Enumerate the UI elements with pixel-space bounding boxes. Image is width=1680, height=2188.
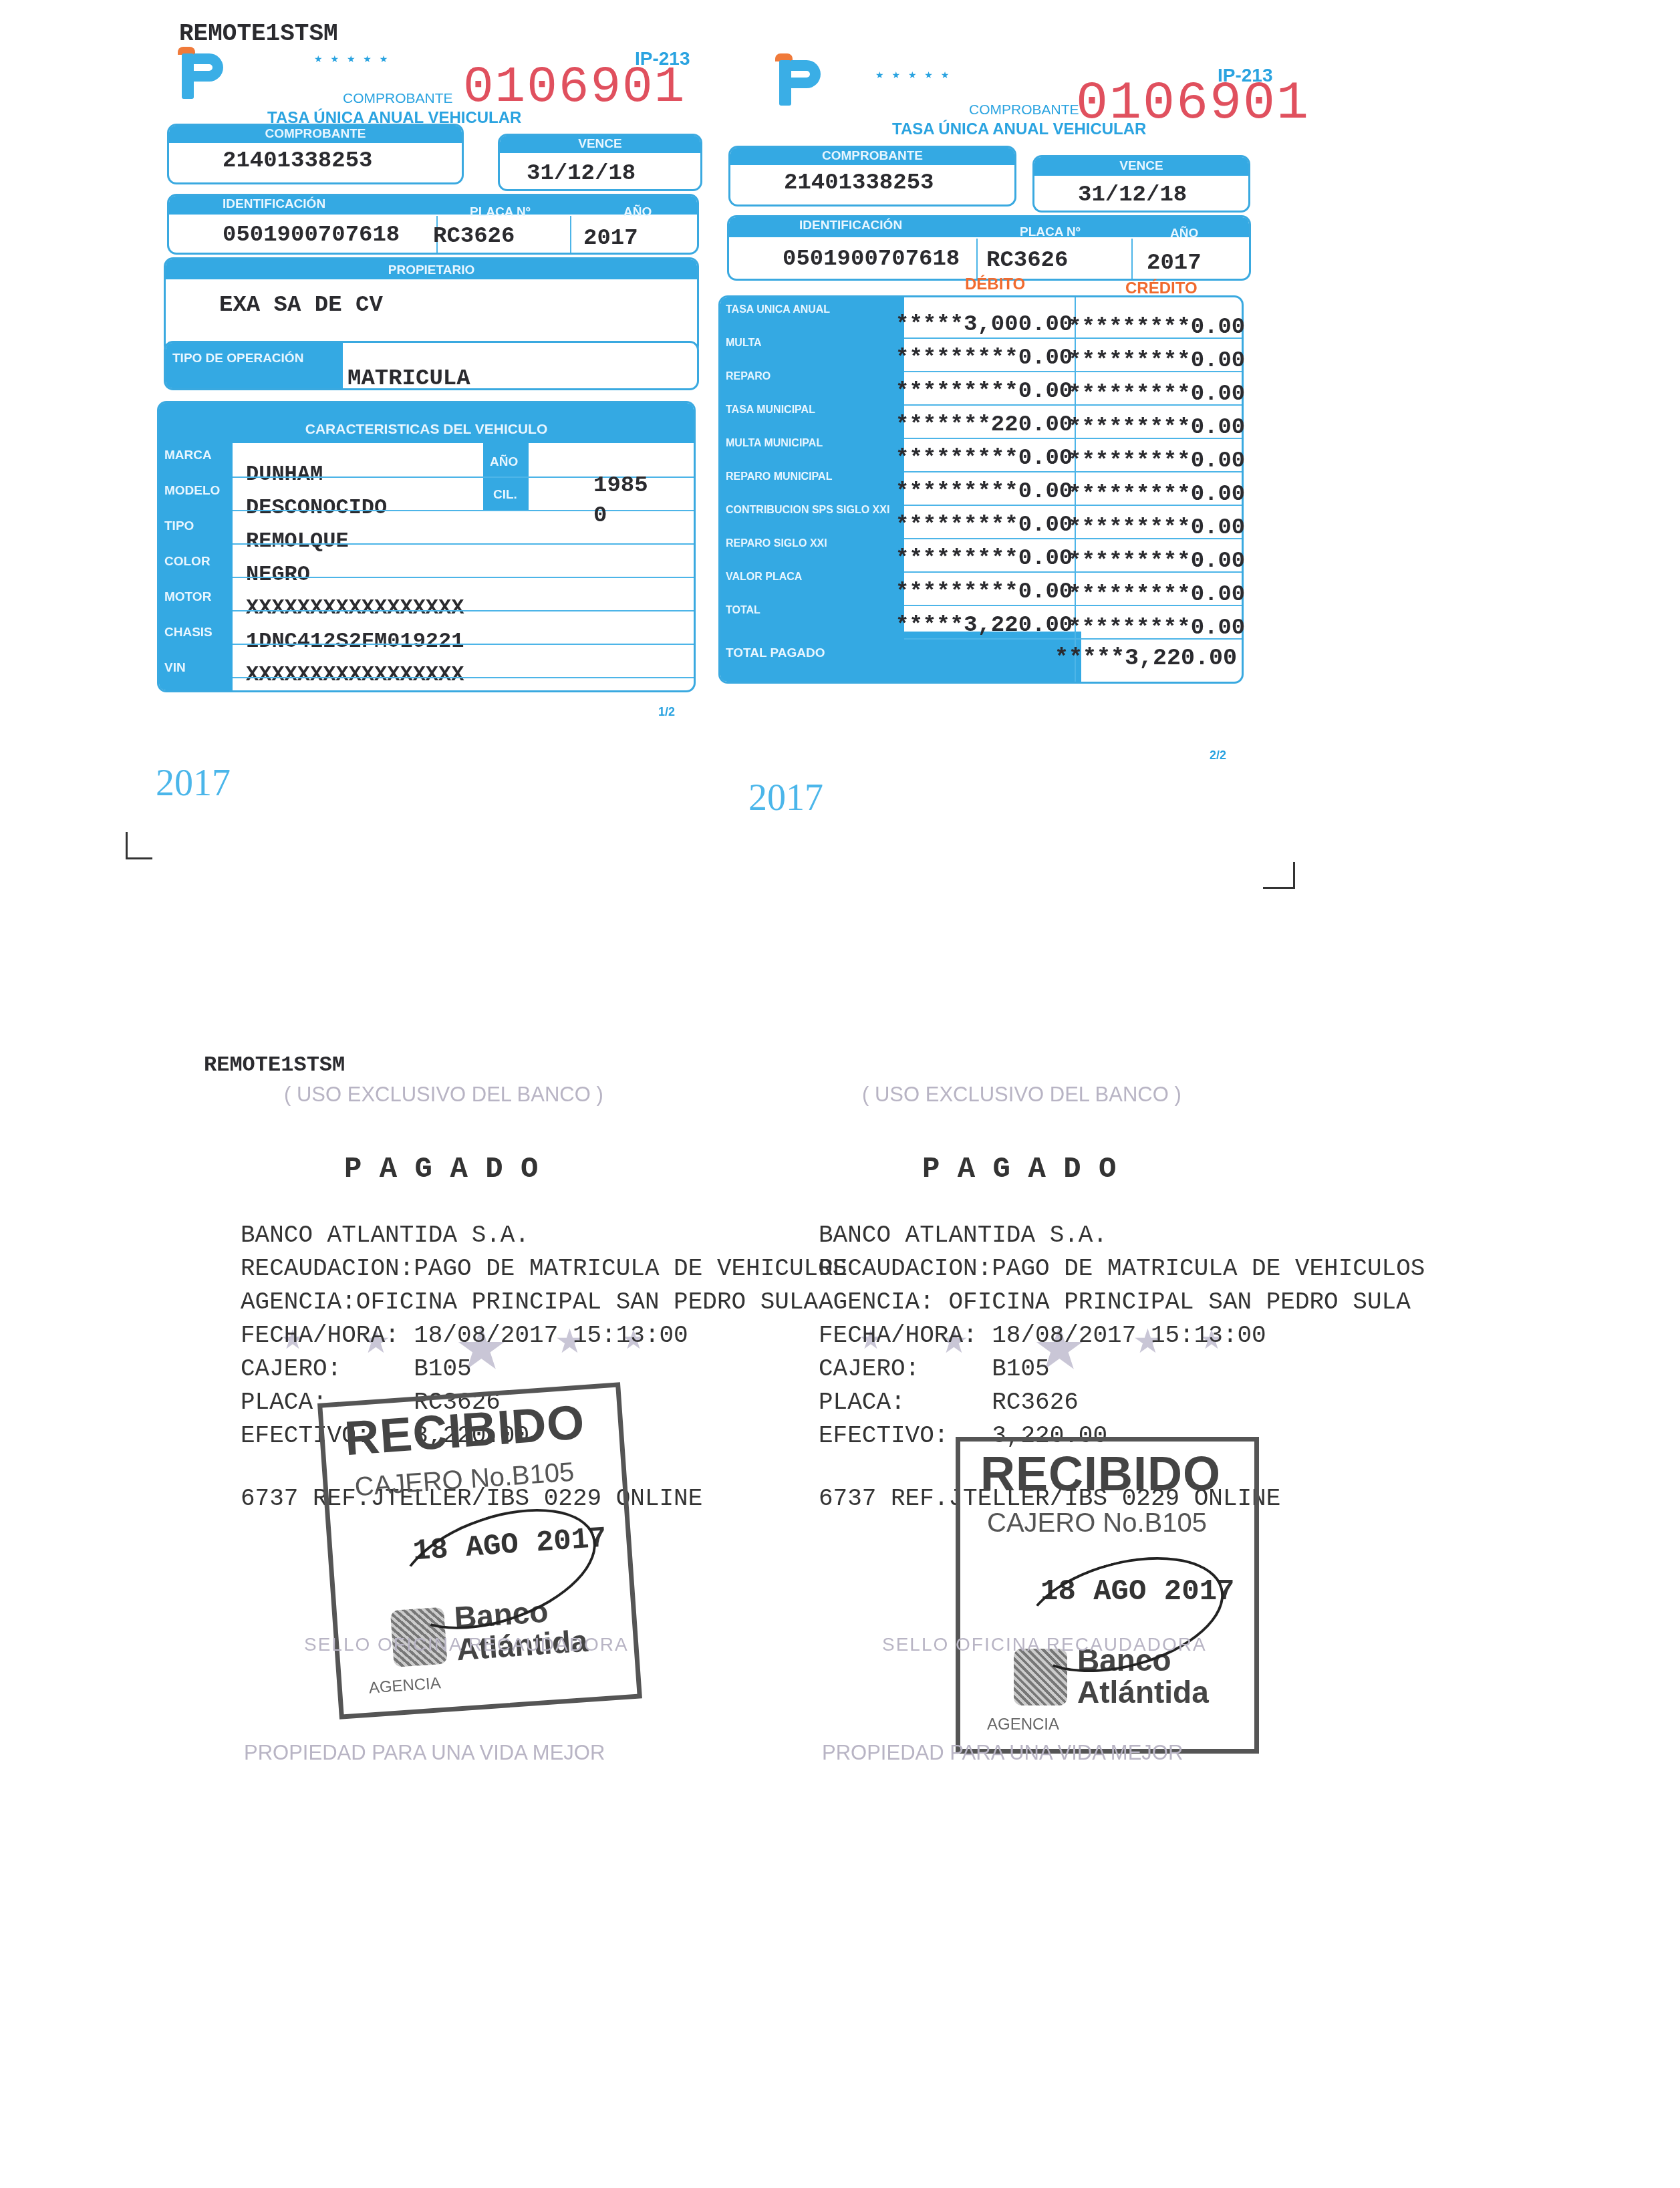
anio-label: AÑO <box>1170 227 1198 241</box>
receipt-line: BANCO ATLANTIDA S.A. <box>819 1222 1107 1249</box>
charge-label: REPARO MUNICIPAL <box>726 471 832 483</box>
anio-value: 2017 <box>1147 251 1202 276</box>
ip-logo-icon <box>770 47 823 110</box>
stamp-agency: AGENCIA <box>987 1716 1059 1734</box>
caracteristicas-title: CARACTERISTICAS DEL VEHICULO <box>159 422 694 438</box>
charge-debito: *********0.00 <box>895 513 1073 538</box>
tipo-operacion-value: MATRICULA <box>347 366 470 392</box>
stamp-cashier: CAJERO No.B105 <box>354 1458 575 1503</box>
placa-value: RC3626 <box>433 224 515 249</box>
slogan: PROPIEDAD PARA UNA VIDA MEJOR <box>244 1741 605 1765</box>
charge-label: CONTRIBUCION SPS SIGLO XXI <box>726 505 889 517</box>
charge-credito: *********0.00 <box>1068 515 1245 541</box>
charge-label: REPARO <box>726 371 771 383</box>
comprobante-box: COMPROBANTE 21401338253 <box>728 146 1016 207</box>
charge-credito: *********0.00 <box>1068 315 1245 340</box>
receipt-line: RECAUDACION:PAGO DE MATRICULA DE VEHICUL… <box>819 1255 1425 1282</box>
debito-header: DÉBITO <box>965 275 1025 294</box>
form-title: TASA ÚNICA ANUAL VEHICULAR <box>892 120 1146 139</box>
charge-credito: *********0.00 <box>1068 616 1245 641</box>
charge-credito: *********0.00 <box>1068 382 1245 407</box>
placa-label: PLACA Nº <box>470 205 531 220</box>
vence-box: VENCE 31/12/18 <box>1032 155 1250 213</box>
comprobante-value: 21401338253 <box>169 143 462 174</box>
charge-label: REPARO SIGLO XXI <box>726 538 827 550</box>
institution-stars-icon: ★ ★ ★ ★ ★ <box>314 53 390 65</box>
stamp-agency: AGENCIA <box>368 1674 442 1697</box>
char-value-color: NEGRO <box>246 562 310 587</box>
receipt-line: FECHA/HORA: 18/08/2017 15:13:00 <box>241 1322 688 1349</box>
charge-debito: *****3,220.00 <box>895 613 1073 638</box>
stamp-cashier: CAJERO No.B105 <box>987 1508 1207 1538</box>
charge-debito: *********0.00 <box>895 346 1073 371</box>
anio-label: AÑO <box>623 205 652 220</box>
char-label-modelo: MODELO <box>164 484 220 499</box>
comprobante-box: COMPROBANTE 21401338253 <box>167 124 464 184</box>
propietario-value: EXA SA DE CV <box>166 279 697 318</box>
anio-modelo-label: AÑO <box>490 455 518 470</box>
char-value-modelo: DESCONOCIDO <box>246 495 387 520</box>
charge-label: MULTA <box>726 337 762 350</box>
charge-credito: *********0.00 <box>1068 448 1245 474</box>
seal-label: SELLO OFICINA RECAUDADORA <box>882 1634 1207 1655</box>
charge-credito: *********0.00 <box>1068 415 1245 440</box>
stamp-title: RECIBIDO <box>980 1447 1221 1502</box>
bank-use-label: ( USO EXCLUSIVO DEL BANCO ) <box>284 1083 603 1107</box>
comprobante-caption: COMPROBANTE <box>969 102 1079 118</box>
vence-label: VENCE <box>1034 157 1248 176</box>
watermark-year-2: 2017 <box>748 777 823 819</box>
charge-label: TASA UNICA ANUAL <box>726 304 830 316</box>
charge-debito: *********0.00 <box>895 379 1073 404</box>
seal-label: SELLO OFICINA RECAUDADORA <box>304 1634 629 1655</box>
received-stamp: RECIBIDOCAJERO No.B10518 AGO 2017BancoAt… <box>317 1382 642 1720</box>
anio-modelo-value: 1985 <box>593 473 648 499</box>
charge-debito: *****3,000.00 <box>895 312 1073 337</box>
charge-label: TOTAL <box>726 605 760 617</box>
institution-stars-icon: ★ ★ ★ ★ ★ <box>875 70 952 81</box>
char-value-chasis: 1DNC412S2FM019221 <box>246 629 464 654</box>
vence-box: VENCE 31/12/18 <box>498 134 702 191</box>
identificacion-value: 0501900707618 <box>223 223 400 248</box>
tipo-operacion-label: TIPO DE OPERACIÓN <box>166 343 343 388</box>
charge-debito: *********0.00 <box>895 546 1073 571</box>
charge-label: MULTA MUNICIPAL <box>726 438 823 450</box>
charge-debito: *******220.00 <box>895 412 1073 438</box>
charge-debito: *********0.00 <box>895 579 1073 605</box>
charge-credito: *********0.00 <box>1068 582 1245 607</box>
charge-credito: *********0.00 <box>1068 348 1245 374</box>
receipt-line: FECHA/HORA: 18/08/2017 15:13:00 <box>819 1322 1266 1349</box>
char-value-marca: DUNHAM <box>246 462 323 487</box>
comprobante-number: 0106901 <box>463 59 686 116</box>
caracteristicas-box: CARACTERISTICAS DEL VEHICULO MARCADUNHAM… <box>157 401 696 692</box>
charge-credito: *********0.00 <box>1068 482 1245 507</box>
propietario-label: PROPIETARIO <box>166 259 697 279</box>
receipt-line: RECAUDACION:PAGO DE MATRICULA DE VEHICUL… <box>241 1255 847 1282</box>
anio-value: 2017 <box>583 226 638 251</box>
charge-label: VALOR PLACA <box>726 571 802 583</box>
stamp-title: RECIBIDO <box>343 1395 587 1466</box>
receipt-line: AGENCIA:OFICINA PRINCIPAL SAN PEDRO SULA <box>241 1288 818 1316</box>
receipt-line: AGENCIA: OFICINA PRINCIPAL SAN PEDRO SUL… <box>819 1288 1411 1316</box>
slogan: PROPIEDAD PARA UNA VIDA MEJOR <box>822 1741 1183 1765</box>
charges-table: TASA UNICA ANUAL*****3,000.00*********0.… <box>718 295 1244 684</box>
tipo-operacion-box: TIPO DE OPERACIÓN MATRICULA <box>164 341 699 390</box>
comprobante-label: COMPROBANTE <box>730 148 1014 165</box>
total-pagado-label: TOTAL PAGADO <box>726 646 825 661</box>
receipt-line: BANCO ATLANTIDA S.A. <box>241 1222 529 1249</box>
char-label-tipo: TIPO <box>164 519 194 534</box>
char-label-marca: MARCA <box>164 448 212 463</box>
received-stamp: RECIBIDOCAJERO No.B10518 AGO 2017BancoAt… <box>956 1437 1259 1754</box>
watermark-year-1: 2017 <box>156 762 231 805</box>
char-value-vin: XXXXXXXXXXXXXXXXX <box>246 662 464 687</box>
paid-status: P A G A D O <box>344 1153 538 1186</box>
cilindraje-label: CIL. <box>493 488 517 503</box>
vence-value: 31/12/18 <box>1034 176 1248 208</box>
identification-box: IDENTIFICACIÓN PLACA Nº AÑO 050190070761… <box>727 215 1251 281</box>
vence-value: 31/12/18 <box>500 153 700 186</box>
identificacion-label: IDENTIFICACIÓN <box>223 197 325 212</box>
char-value-tipo: REMOLQUE <box>246 529 349 553</box>
char-label-vin: VIN <box>164 661 186 676</box>
identificacion-value: 0501900707618 <box>783 247 960 272</box>
charge-label: TASA MUNICIPAL <box>726 404 815 416</box>
bank-use-label: ( USO EXCLUSIVO DEL BANCO ) <box>862 1083 1181 1107</box>
charge-debito: *********0.00 <box>895 446 1073 471</box>
char-label-motor: MOTOR <box>164 590 211 605</box>
page-number-1: 1/2 <box>658 705 675 719</box>
receipt-line: PLACA: RC3626 <box>819 1389 1079 1416</box>
cilindraje-value: 0 <box>593 503 607 529</box>
char-value-motor: XXXXXXXXXXXXXXXXX <box>246 595 464 620</box>
comprobante-label: COMPROBANTE <box>169 126 462 143</box>
paid-status: P A G A D O <box>922 1153 1116 1186</box>
charge-debito: *********0.00 <box>895 479 1073 505</box>
identification-box: IDENTIFICACIÓN PLACA Nº AÑO 050190070761… <box>167 194 699 255</box>
receipt-line: CAJERO: B105 <box>241 1355 472 1383</box>
receipt-line: CAJERO: B105 <box>819 1355 1050 1383</box>
total-pagado-value: *****3,220.00 <box>1055 645 1237 672</box>
comprobante-caption: COMPROBANTE <box>343 91 453 107</box>
char-label-color: COLOR <box>164 555 211 569</box>
charge-credito: *********0.00 <box>1068 549 1245 574</box>
comprobante-value: 21401338253 <box>730 165 1014 196</box>
placa-value: RC3626 <box>986 248 1068 273</box>
vence-label: VENCE <box>500 136 700 153</box>
ip-logo-icon <box>172 40 226 104</box>
identificacion-label: IDENTIFICACIÓN <box>799 219 902 233</box>
page-number-2: 2/2 <box>1210 748 1226 763</box>
stamp-bank-name-2: Atlántida <box>1077 1674 1209 1710</box>
char-label-chasis: CHASIS <box>164 626 213 640</box>
operator-code-receipt: REMOTE1STSM <box>204 1053 345 1077</box>
placa-label: PLACA Nº <box>1020 225 1081 240</box>
